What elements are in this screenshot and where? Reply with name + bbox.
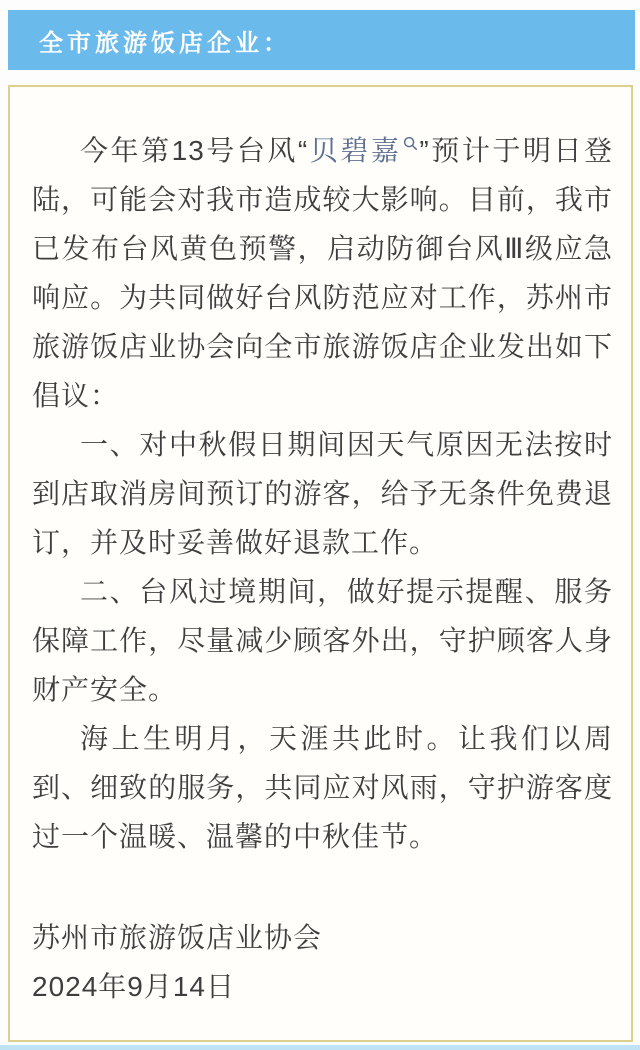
paragraph-item-1: 一、对中秋假日期间因天气原因无法按时到店取消房间预订的游客，给予无条件免费退订，… <box>32 420 613 567</box>
paragraph-closing: 海上生明月，天涯共此时。让我们以周到、细致的服务，共同应对风雨，守护游客度过一个… <box>32 714 613 861</box>
notice-recipient-title: 全市旅游饭店企业： <box>39 23 291 58</box>
signature-organization: 苏州市旅游饭店业协会 <box>32 913 602 962</box>
typhoon-name-search-link[interactable]: 贝碧嘉 <box>308 135 419 166</box>
paragraph-item-2: 二、台风过境期间，做好提示提醒、服务保障工作，尽量减少顾客外出，守护顾客人身财产… <box>32 567 613 714</box>
signature-block: 苏州市旅游饭店业协会 2024年9月14日 <box>32 913 613 1011</box>
notice-header-bar: 全市旅游饭店企业： <box>8 10 635 70</box>
paragraph-intro: 今年第13号台风“贝碧嘉”预计于明日登陆，可能会对我市造成较大影响。目前，我市已… <box>32 126 613 420</box>
search-icon <box>403 136 418 151</box>
typhoon-name-text: 贝碧嘉 <box>308 135 401 166</box>
notice-page: { "header": { "title": "全市旅游饭店企业：" }, "c… <box>0 0 640 1050</box>
background-bottom-strip <box>0 1045 640 1050</box>
intro-text-before-link: 今年第13号台风“ <box>80 135 308 166</box>
intro-text-after-link: ”预计于明日登陆，可能会对我市造成较大影响。目前，我市已发布台风黄色预警，启动防… <box>32 135 613 411</box>
signature-date: 2024年9月14日 <box>32 962 602 1011</box>
notice-card: 今年第13号台风“贝碧嘉”预计于明日登陆，可能会对我市造成较大影响。目前，我市已… <box>8 85 633 1042</box>
